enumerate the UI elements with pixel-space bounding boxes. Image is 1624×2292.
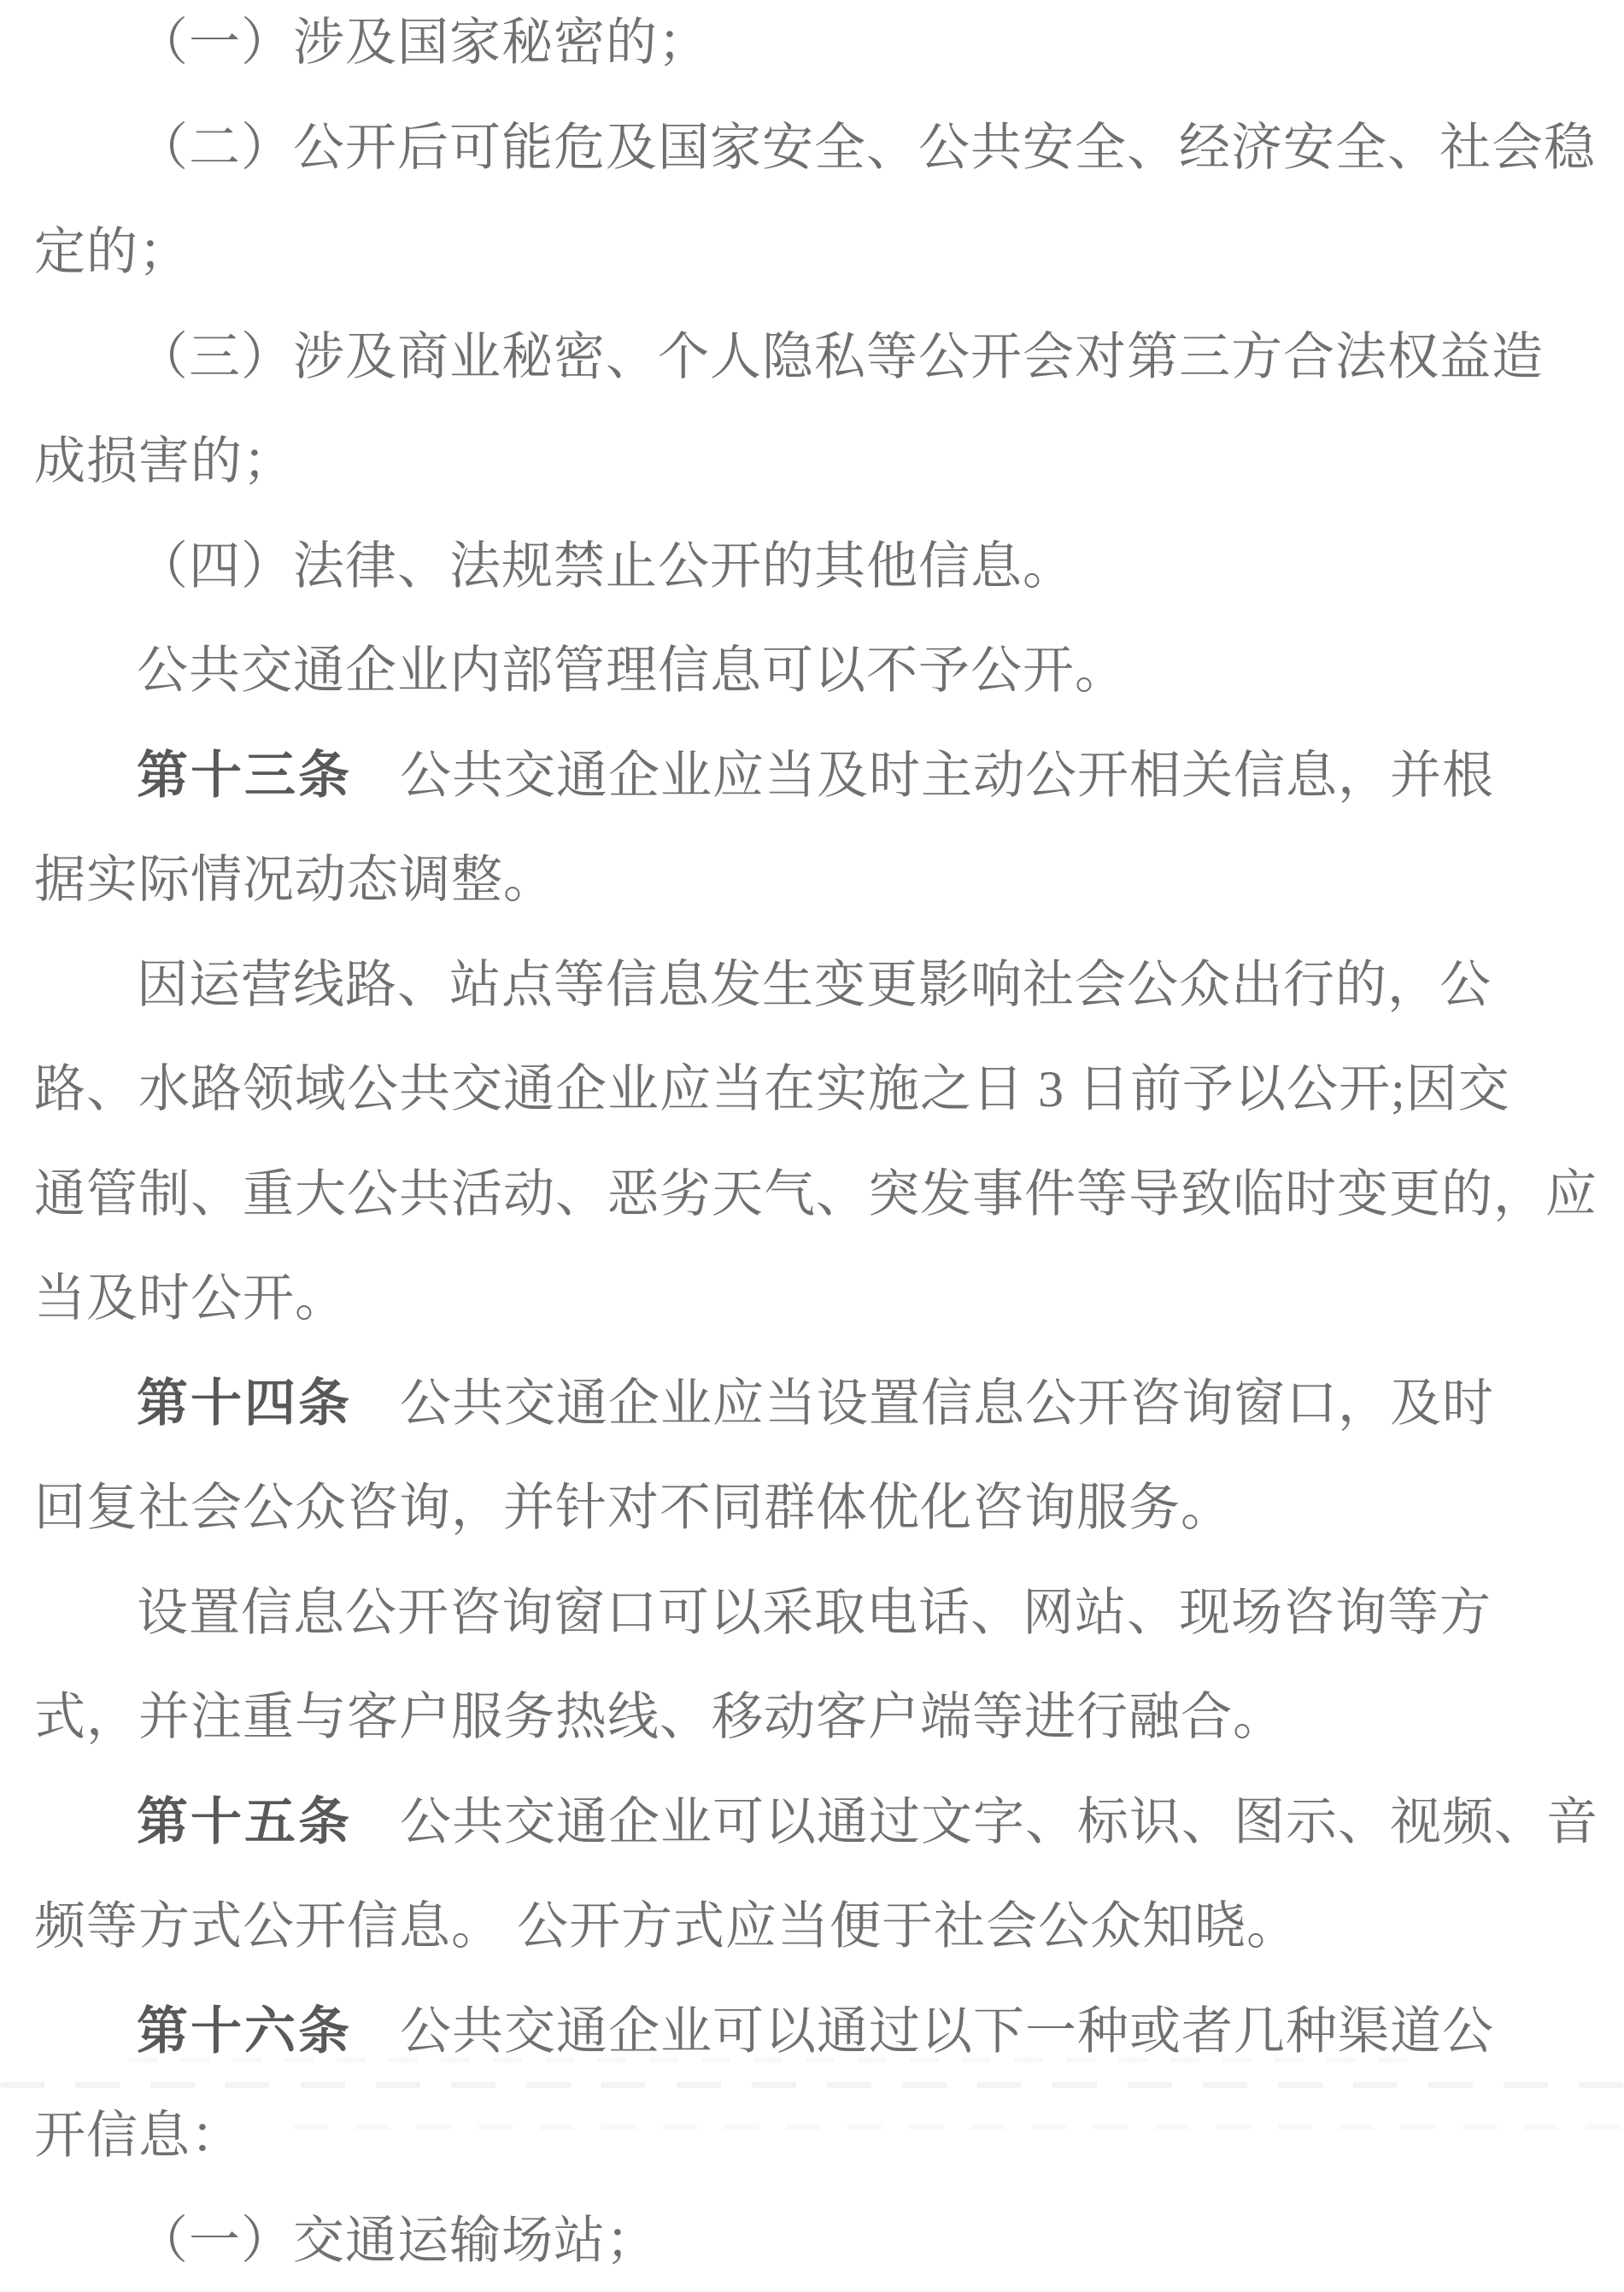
text-line: 当及时公开。 xyxy=(34,1246,1603,1351)
text-line: （一）交通运输场站； xyxy=(34,2189,1603,2292)
text-run: （一）涉及国家秘密的； xyxy=(137,15,710,71)
text-run: 公共交通企业应当及时主动公开相关信息，并根 xyxy=(400,747,1494,804)
text-line: 定的； xyxy=(34,200,1603,305)
text-run: 式，并注重与客户服务热线、移动客户端等进行融合。 xyxy=(34,1689,1285,1745)
text-run: 通管制、重大公共活动、恶劣天气、突发事件等导致临时变更的，应 xyxy=(34,1166,1598,1222)
text-run: 路、水路领域公共交通企业应当在实施之日 3 日前予以公开;因交 xyxy=(34,1061,1510,1117)
text-line: 公共交通企业内部管理信息可以不予公开。 xyxy=(34,618,1603,724)
text-run: 公共交通企业内部管理信息可以不予公开。 xyxy=(137,642,1127,699)
text-run: （三）涉及商业秘密、个人隐私等公开会对第三方合法权益造 xyxy=(137,329,1544,385)
article-number: 第十三条 xyxy=(137,747,352,804)
text-line: 设置信息公开咨询窗口可以采取电话、网站、现场咨询等方 xyxy=(34,1561,1603,1666)
text-line: 第十四条公共交通企业应当设置信息公开咨询窗口，及时 xyxy=(34,1351,1603,1457)
text-line: 因运营线路、站点等信息发生变更影响社会公众出行的，公 xyxy=(34,933,1603,1038)
text-run: 据实际情况动态调整。 xyxy=(34,852,555,908)
text-line: 第十三条公共交通企业应当及时主动公开相关信息，并根 xyxy=(34,724,1603,829)
text-run: 公共交通企业可以通过文字、标识、图示、视频、音 xyxy=(400,1794,1598,1850)
text-run: （一）交通运输场站； xyxy=(137,2213,658,2269)
text-run: 因运营线路、站点等信息发生变更影响社会公众出行的，公 xyxy=(137,957,1492,1013)
text-run: 公共交通企业应当设置信息公开咨询窗口，及时 xyxy=(400,1375,1494,1432)
text-line: （一）涉及国家秘密的； xyxy=(34,0,1603,96)
text-run: 定的； xyxy=(34,224,191,280)
text-run: （四）法律、法规禁止公开的其他信息。 xyxy=(137,538,1075,595)
text-line: 频等方式公开信息。 公开方式应当便于社会公众知晓。 xyxy=(34,1874,1603,1979)
text-run: 回复社会公众咨询，并针对不同群体优化咨询服务。 xyxy=(34,1480,1233,1536)
article-number: 第十五条 xyxy=(137,1793,352,1850)
text-line: 式，并注重与客户服务热线、移动客户端等进行融合。 xyxy=(34,1665,1603,1770)
text-line: 据实际情况动态调整。 xyxy=(34,828,1603,933)
text-line: （四）法律、法规禁止公开的其他信息。 xyxy=(34,514,1603,619)
text-run: 当及时公开。 xyxy=(34,1270,347,1327)
text-line: （三）涉及商业秘密、个人隐私等公开会对第三方合法权益造 xyxy=(34,305,1603,410)
text-line: 第十五条公共交通企业可以通过文字、标识、图示、视频、音 xyxy=(34,1770,1603,1875)
article-number: 第十六条 xyxy=(137,2002,352,2060)
text-line: 开信息： xyxy=(34,2084,1603,2189)
text-line: 路、水路领域公共交通企业应当在实施之日 3 日前予以公开;因交 xyxy=(34,1037,1603,1142)
text-line: （二）公开后可能危及国家安全、公共安全、经济安全、社会稳 xyxy=(34,96,1603,201)
text-line: 第十六条公共交通企业可以通过以下一种或者几种渠道公 xyxy=(34,1979,1603,2084)
document-page: （一）涉及国家秘密的；（二）公开后可能危及国家安全、公共安全、经济安全、社会稳定… xyxy=(0,0,1624,2283)
document-text: （一）涉及国家秘密的；（二）公开后可能危及国家安全、公共安全、经济安全、社会稳定… xyxy=(34,0,1603,2292)
text-run: 开信息： xyxy=(34,2107,243,2164)
text-run: （二）公开后可能危及国家安全、公共安全、经济安全、社会稳 xyxy=(137,120,1596,176)
text-run: 成损害的； xyxy=(34,433,295,489)
text-run: 公共交通企业可以通过以下一种或者几种渠道公 xyxy=(400,2003,1494,2060)
article-number: 第十四条 xyxy=(137,1375,352,1432)
text-run: 频等方式公开信息。 公开方式应当便于社会公众知晓。 xyxy=(34,1898,1299,1955)
text-run: 设置信息公开咨询窗口可以采取电话、网站、现场咨询等方 xyxy=(137,1585,1492,1641)
text-line: 通管制、重大公共活动、恶劣天气、突发事件等导致临时变更的，应 xyxy=(34,1142,1603,1247)
text-line: 成损害的； xyxy=(34,409,1603,514)
text-line: 回复社会公众咨询，并针对不同群体优化咨询服务。 xyxy=(34,1456,1603,1561)
